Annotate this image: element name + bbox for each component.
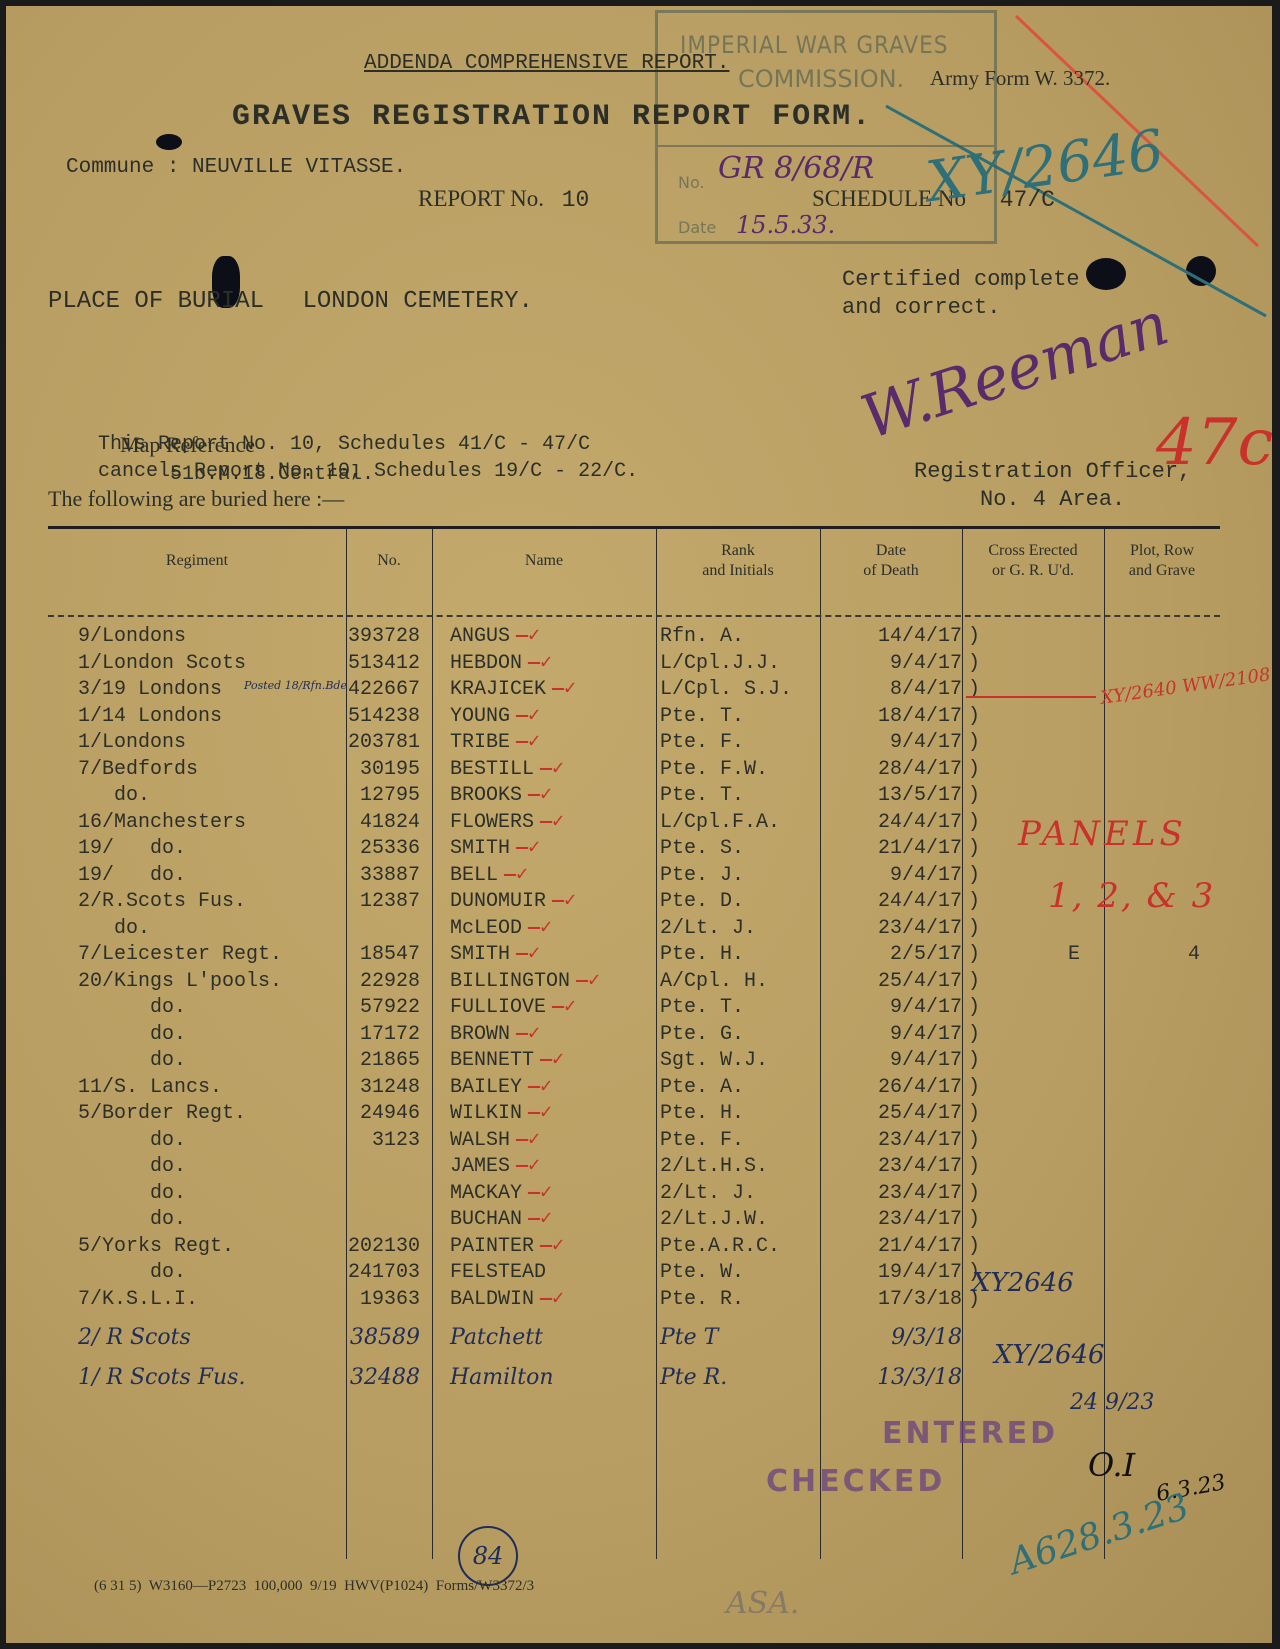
bracket-mark: ) <box>968 729 980 756</box>
certified-line1: Certified complete <box>842 266 1080 294</box>
date-of-death-cell: 14/4/17 <box>826 623 962 650</box>
check-mark-icon: —✓ <box>516 703 540 730</box>
bracket-mark: ) <box>968 1021 980 1048</box>
service-number-cell: 33887 <box>334 862 420 889</box>
table-row: 1/Londons203781TRIBEPte. F.9/4/17—✓) <box>48 729 1220 756</box>
regiment-cell: 19/ do. <box>78 862 186 889</box>
service-number-cell: 25336 <box>334 835 420 862</box>
name-cell: WALSH <box>450 1127 510 1154</box>
table-row: 20/Kings L'pools.22928BILLINGTONA/Cpl. H… <box>48 968 1220 995</box>
checked-stamp: CHECKED <box>766 1464 945 1499</box>
column-header-cross: Cross Erected or G. R. U'd. <box>962 541 1104 581</box>
name-cell: FLOWERS <box>450 809 534 836</box>
name-cell: FELSTEAD <box>450 1259 546 1286</box>
date-of-death-cell: 9/4/17 <box>826 1021 962 1048</box>
regiment-cell: 16/Manchesters <box>78 809 246 836</box>
date-of-death-cell: 23/4/17 <box>826 1180 962 1207</box>
map-reference-block: Map Reference 51b.M.18.Central. This Rep… <box>48 404 638 513</box>
date-of-death-cell: 25/4/17 <box>826 968 962 995</box>
check-mark-icon: —✓ <box>552 676 576 703</box>
bracket-mark: ) <box>968 676 980 703</box>
cross-erected-cell: E <box>1068 941 1080 968</box>
panels-annotation: PANELS <box>1018 814 1187 854</box>
name-cell: SMITH <box>450 835 510 862</box>
burial-label: PLACE OF BURIAL <box>48 288 264 315</box>
column-header-regiment: Regiment <box>48 551 346 571</box>
date-of-death-cell: 8/4/17 <box>826 676 962 703</box>
rank-cell: Pte T <box>660 1318 718 1358</box>
date-of-death-cell: 23/4/17 <box>826 1153 962 1180</box>
table-row: do.17172BROWNPte. G.9/4/17—✓) <box>48 1021 1220 1048</box>
rank-cell: Pte. H. <box>660 941 744 968</box>
bracket-mark: ) <box>968 1153 980 1180</box>
service-number-cell: 203781 <box>334 729 420 756</box>
page-title: GRAVES REGISTRATION REPORT FORM. <box>232 100 872 134</box>
table-row: 1/London Scots513412HEBDONL/Cpl.J.J.9/4/… <box>48 650 1220 677</box>
report-no-label: REPORT No. <box>418 186 544 211</box>
table-row: 1/14 Londons514238YOUNGPte. T.18/4/17—✓) <box>48 703 1220 730</box>
date-of-death-cell: 9/4/17 <box>826 729 962 756</box>
date-of-death-cell: 21/4/17 <box>826 1233 962 1260</box>
date-of-death-cell: 26/4/17 <box>826 1074 962 1101</box>
name-cell: McLEOD <box>450 915 522 942</box>
check-mark-icon: —✓ <box>528 1206 552 1233</box>
regiment-cell: do. <box>78 915 150 942</box>
schedules-line: This Report No. 10, Schedules 41/C - 47/… <box>48 431 638 458</box>
table-row: 3/19 Londons422667KRAJICEKL/Cpl. S.J.8/4… <box>48 676 1220 703</box>
name-cell: BUCHAN <box>450 1206 522 1233</box>
regiment-cell: 5/Yorks Regt. <box>78 1233 234 1260</box>
bracket-mark: ) <box>968 1074 980 1101</box>
service-number-cell: 32488 <box>334 1358 420 1398</box>
service-number-cell: 22928 <box>334 968 420 995</box>
name-cell: WILKIN <box>450 1100 522 1127</box>
table-row: do.MACKAY2/Lt. J.23/4/17—✓) <box>48 1180 1220 1207</box>
bracket-mark: ) <box>968 1127 980 1154</box>
service-number-cell: 31248 <box>334 1074 420 1101</box>
rank-cell: Pte. S. <box>660 835 744 862</box>
following-buried-label: The following are buried here :— <box>48 485 638 513</box>
rank-cell: Pte. T. <box>660 994 744 1021</box>
date-of-death-cell: 24/4/17 <box>826 888 962 915</box>
name-cell: JAMES <box>450 1153 510 1180</box>
date-of-death-cell: 23/4/17 <box>826 915 962 942</box>
bracket-mark: ) <box>968 1100 980 1127</box>
bracket-mark: ) <box>968 888 980 915</box>
stamp-date-value: 15.5.33. <box>736 211 835 239</box>
rank-cell: Pte. T. <box>660 782 744 809</box>
stamp-divider <box>658 145 994 147</box>
check-mark-icon: —✓ <box>540 809 564 836</box>
service-number-cell: 393728 <box>334 623 420 650</box>
date-of-death-cell: 19/4/17 <box>826 1259 962 1286</box>
rank-cell: L/Cpl. S.J. <box>660 676 792 703</box>
check-mark-icon: —✓ <box>528 1100 552 1127</box>
service-number-cell: 3123 <box>334 1127 420 1154</box>
table-row: 5/Border Regt.24946WILKINPte. H.25/4/17—… <box>48 1100 1220 1127</box>
rank-cell: Pte R. <box>660 1358 727 1398</box>
table-row: do.21865BENNETTSgt. W.J.9/4/17—✓) <box>48 1047 1220 1074</box>
rank-cell: Rfn. A. <box>660 623 744 650</box>
bracket-mark: ) <box>968 941 980 968</box>
regiment-cell: 2/ R Scots <box>78 1318 191 1358</box>
service-number-cell: 19363 <box>334 1286 420 1313</box>
column-header-name: Name <box>432 551 656 571</box>
bracket-mark: ) <box>968 623 980 650</box>
rank-cell: Pte. F. <box>660 1127 744 1154</box>
name-cell: BESTILL <box>450 756 534 783</box>
rank-cell: Pte. W. <box>660 1259 744 1286</box>
service-number-cell: 30195 <box>334 756 420 783</box>
name-cell: BROWN <box>450 1021 510 1048</box>
panels-numbers: 1, 2, & 3 <box>1048 876 1215 916</box>
regiment-cell: do. <box>78 1153 186 1180</box>
table-row: 11/S. Lancs.31248BAILEYPte. A.26/4/17—✓) <box>48 1074 1220 1101</box>
commune-line: Commune : NEUVILLE VITASSE. <box>66 156 406 179</box>
officer-area: No. 4 Area. <box>914 486 1191 514</box>
army-form-number: Army Form W. 3372. <box>930 66 1110 91</box>
header-rule <box>48 615 1220 617</box>
bracket-mark: ) <box>968 1206 980 1233</box>
table-row: 7/Bedfords30195BESTILLPte. F.W.28/4/17—✓… <box>48 756 1220 783</box>
bracket-mark: ) <box>968 968 980 995</box>
rank-cell: 2/Lt.J.W. <box>660 1206 768 1233</box>
table-row: do.3123WALSHPte. F.23/4/17—✓) <box>48 1127 1220 1154</box>
check-mark-icon: —✓ <box>516 1153 540 1180</box>
bracket-mark: ) <box>968 1233 980 1260</box>
name-cell: BILLINGTON <box>450 968 570 995</box>
date-of-death-cell: 23/4/17 <box>826 1127 962 1154</box>
check-mark-icon: —✓ <box>516 623 540 650</box>
column-header-date: Date of Death <box>820 541 962 581</box>
service-number-cell: 12795 <box>334 782 420 809</box>
check-mark-icon: —✓ <box>552 994 576 1021</box>
rank-cell: A/Cpl. H. <box>660 968 768 995</box>
date-of-death-cell: 25/4/17 <box>826 1100 962 1127</box>
rank-cell: Sgt. W.J. <box>660 1047 768 1074</box>
service-number-cell: 41824 <box>334 809 420 836</box>
rank-cell: Pte.A.R.C. <box>660 1233 780 1260</box>
check-mark-icon: —✓ <box>528 915 552 942</box>
rank-cell: 2/Lt. J. <box>660 915 756 942</box>
bracket-mark: ) <box>968 862 980 889</box>
circled-page-number: 84 <box>458 1526 518 1586</box>
date-of-death-cell: 28/4/17 <box>826 756 962 783</box>
check-mark-icon: —✓ <box>552 888 576 915</box>
bracket-mark: ) <box>968 756 980 783</box>
table-row: 2/R.Scots Fus.12387DUNOMUIRPte. D.24/4/1… <box>48 888 1220 915</box>
date-of-death-cell: 9/4/17 <box>826 650 962 677</box>
regiment-cell: do. <box>78 782 150 809</box>
name-cell: BALDWIN <box>450 1286 534 1313</box>
name-cell: ANGUS <box>450 623 510 650</box>
xy-annotation-mid: XY2646 <box>972 1268 1074 1298</box>
stamp-date-label: Date <box>678 218 716 237</box>
registration-officer: Registration Officer, No. 4 Area. <box>914 458 1191 514</box>
date-of-death-cell: 9/4/17 <box>826 994 962 1021</box>
check-mark-icon: —✓ <box>540 1047 564 1074</box>
check-mark-icon: —✓ <box>516 729 540 756</box>
regiment-cell: 1/ R Scots Fus. <box>78 1358 245 1398</box>
regiment-cell: 9/Londons <box>78 623 186 650</box>
check-mark-icon: —✓ <box>528 1074 552 1101</box>
table-row: do.JAMES2/Lt.H.S.23/4/17—✓) <box>48 1153 1220 1180</box>
date-of-death-cell: 17/3/18 <box>826 1286 962 1313</box>
service-number-cell: 21865 <box>334 1047 420 1074</box>
name-cell: YOUNG <box>450 703 510 730</box>
date-of-death-cell: 2/5/17 <box>826 941 962 968</box>
plot-row-grave-cell: 4 <box>1188 941 1200 968</box>
name-cell: BENNETT <box>450 1047 534 1074</box>
regiment-cell: do. <box>78 1127 186 1154</box>
red-pointer-line <box>966 696 1096 698</box>
check-mark-icon: —✓ <box>540 1286 564 1313</box>
table-row: do.McLEOD2/Lt. J.23/4/17—✓) <box>48 915 1220 942</box>
name-cell: FULLIOVE <box>450 994 546 1021</box>
bracket-mark: ) <box>968 650 980 677</box>
table-row: do.BUCHAN2/Lt.J.W.23/4/17—✓) <box>48 1206 1220 1233</box>
form-print-line: (6 31 5) W3160—P2723 100,000 9/19 HWV(P1… <box>94 1578 534 1595</box>
regiment-cell: do. <box>78 1206 186 1233</box>
table-row: do.57922FULLIOVEPte. T.9/4/17—✓) <box>48 994 1220 1021</box>
date-annotation: 24 9/23 <box>1070 1390 1154 1415</box>
regiment-cell: do. <box>78 1047 186 1074</box>
rank-cell: Pte. F. <box>660 729 744 756</box>
stamp-line2: COMMISSION. <box>738 65 904 93</box>
service-number-cell: 12387 <box>334 888 420 915</box>
regiment-cell: do. <box>78 1259 186 1286</box>
date-of-death-cell: 24/4/17 <box>826 809 962 836</box>
regiment-cell: do. <box>78 1180 186 1207</box>
bracket-mark: ) <box>968 703 980 730</box>
date-of-death-cell: 23/4/17 <box>826 1206 962 1233</box>
regiment-cell: do. <box>78 1021 186 1048</box>
xy-annotation-low: XY/2646 <box>994 1340 1105 1370</box>
service-number-cell: 202130 <box>334 1233 420 1260</box>
column-header-rank: Rank and Initials <box>656 541 820 581</box>
rank-cell: L/Cpl.F.A. <box>660 809 780 836</box>
entered-stamp: ENTERED <box>882 1416 1058 1451</box>
check-mark-icon: —✓ <box>528 650 552 677</box>
handwritten-regiment-note: Posted 18/Rfn.Bde <box>244 672 347 699</box>
rank-cell: Pte. H. <box>660 1100 744 1127</box>
bracket-mark: ) <box>968 782 980 809</box>
check-mark-icon: —✓ <box>528 782 552 809</box>
regiment-cell: 20/Kings L'pools. <box>78 968 282 995</box>
name-cell: PAINTER <box>450 1233 534 1260</box>
column-header-no: No. <box>346 551 432 571</box>
name-cell: BROOKS <box>450 782 522 809</box>
regiment-cell: 5/Border Regt. <box>78 1100 246 1127</box>
red-schedule-annotation: 47c <box>1156 406 1273 480</box>
regiment-cell: 7/Leicester Regt. <box>78 941 282 968</box>
stamp-no-value: GR 8/68/R <box>718 151 874 186</box>
table-row: do.12795BROOKSPte. T.13/5/17—✓) <box>48 782 1220 809</box>
name-cell: BAILEY <box>450 1074 522 1101</box>
service-number-cell: 57922 <box>334 994 420 1021</box>
date-of-death-cell: 13/5/17 <box>826 782 962 809</box>
pencil-initials: ASA. <box>726 1586 799 1621</box>
rank-cell: L/Cpl.J.J. <box>660 650 780 677</box>
table-row: 9/Londons393728ANGUSRfn. A.14/4/17—✓) <box>48 623 1220 650</box>
regiment-cell: 3/19 Londons <box>78 676 222 703</box>
name-cell: KRAJICEK <box>450 676 546 703</box>
date-of-death-cell: 13/3/18 <box>826 1358 962 1398</box>
table-row: 5/Yorks Regt.202130PAINTERPte.A.R.C.21/4… <box>48 1233 1220 1260</box>
bracket-mark: ) <box>968 835 980 862</box>
stamp-no-label: No. <box>678 173 705 192</box>
rank-cell: Pte. R. <box>660 1286 744 1313</box>
rank-cell: Pte. J. <box>660 862 744 889</box>
burial-value: LONDON CEMETERY. <box>302 288 532 315</box>
check-mark-icon: —✓ <box>576 968 600 995</box>
name-cell: HEBDON <box>450 650 522 677</box>
officer-title: Registration Officer, <box>914 458 1191 486</box>
name-cell: Patchett <box>450 1318 543 1358</box>
check-mark-icon: —✓ <box>528 1180 552 1207</box>
regiment-cell: 19/ do. <box>78 835 186 862</box>
black-initials: O.I <box>1088 1446 1135 1484</box>
rank-cell: 2/Lt.H.S. <box>660 1153 768 1180</box>
report-form-page: IMPERIAL WAR GRAVES COMMISSION. No. GR 8… <box>6 6 1272 1643</box>
regiment-cell: 11/S. Lancs. <box>78 1074 222 1101</box>
bracket-mark: ) <box>968 809 980 836</box>
check-mark-icon: —✓ <box>516 835 540 862</box>
check-mark-icon: —✓ <box>540 1233 564 1260</box>
check-mark-icon: —✓ <box>504 862 528 889</box>
regiment-cell: 2/R.Scots Fus. <box>78 888 246 915</box>
regiment-cell: 1/London Scots <box>78 650 246 677</box>
bracket-mark: ) <box>968 1047 980 1074</box>
place-of-burial: PLACE OF BURIAL LONDON CEMETERY. <box>48 288 533 315</box>
date-of-death-cell: 21/4/17 <box>826 835 962 862</box>
rank-cell: Pte. F.W. <box>660 756 768 783</box>
rank-cell: Pte. D. <box>660 888 744 915</box>
cancels-line: cancels Report No. 10, Schedules 19/C - … <box>48 458 638 485</box>
name-cell: BELL <box>450 862 498 889</box>
check-mark-icon: —✓ <box>516 1127 540 1154</box>
rank-cell: Pte. T. <box>660 703 744 730</box>
date-of-death-cell: 9/3/18 <box>826 1318 962 1358</box>
date-of-death-cell: 18/4/17 <box>826 703 962 730</box>
check-mark-icon: —✓ <box>516 1021 540 1048</box>
rank-cell: Pte. G. <box>660 1021 744 1048</box>
regiment-cell: 7/Bedfords <box>78 756 198 783</box>
commune-value: NEUVILLE VITASSE. <box>192 156 406 179</box>
service-number-cell: 38589 <box>334 1318 420 1358</box>
table-row: 19/ do.33887BELLPte. J.9/4/17—✓) <box>48 862 1220 889</box>
date-of-death-cell: 9/4/17 <box>826 1047 962 1074</box>
check-mark-icon: —✓ <box>516 941 540 968</box>
name-cell: Hamilton <box>450 1358 554 1398</box>
service-number-cell: 241703 <box>334 1259 420 1286</box>
name-cell: SMITH <box>450 941 510 968</box>
certification-block: Certified complete and correct. <box>842 266 1080 322</box>
regiment-cell: 7/K.S.L.I. <box>78 1286 198 1313</box>
date-of-death-cell: 9/4/17 <box>826 862 962 889</box>
rank-cell: 2/Lt. J. <box>660 1180 756 1207</box>
addenda-heading: ADDENDA COMPREHENSIVE REPORT. <box>364 52 729 75</box>
burials-table: Regiment No. Name Rank and Initials Date… <box>48 529 1220 1564</box>
table-row: 7/Leicester Regt.18547SMITHPte. H.2/5/17… <box>48 941 1220 968</box>
bracket-mark: ) <box>968 994 980 1021</box>
regiment-cell: 1/14 Londons <box>78 703 222 730</box>
service-number-cell: 514238 <box>334 703 420 730</box>
bracket-mark: ) <box>968 1180 980 1207</box>
column-header-plot: Plot, Row and Grave <box>1104 541 1220 581</box>
certified-line2: and correct. <box>842 294 1080 322</box>
commune-label: Commune <box>66 156 154 179</box>
check-mark-icon: —✓ <box>540 756 564 783</box>
regiment-cell: 1/Londons <box>78 729 186 756</box>
name-cell: TRIBE <box>450 729 510 756</box>
regiment-cell: do. <box>78 994 186 1021</box>
service-number-cell: 17172 <box>334 1021 420 1048</box>
service-number-cell: 24946 <box>334 1100 420 1127</box>
rank-cell: Pte. A. <box>660 1074 744 1101</box>
bracket-mark: ) <box>968 915 980 942</box>
name-cell: DUNOMUIR <box>450 888 546 915</box>
report-number: REPORT No. 10 <box>418 186 589 213</box>
name-cell: MACKAY <box>450 1180 522 1207</box>
service-number-cell: 18547 <box>334 941 420 968</box>
report-no-value: 10 <box>562 187 590 213</box>
